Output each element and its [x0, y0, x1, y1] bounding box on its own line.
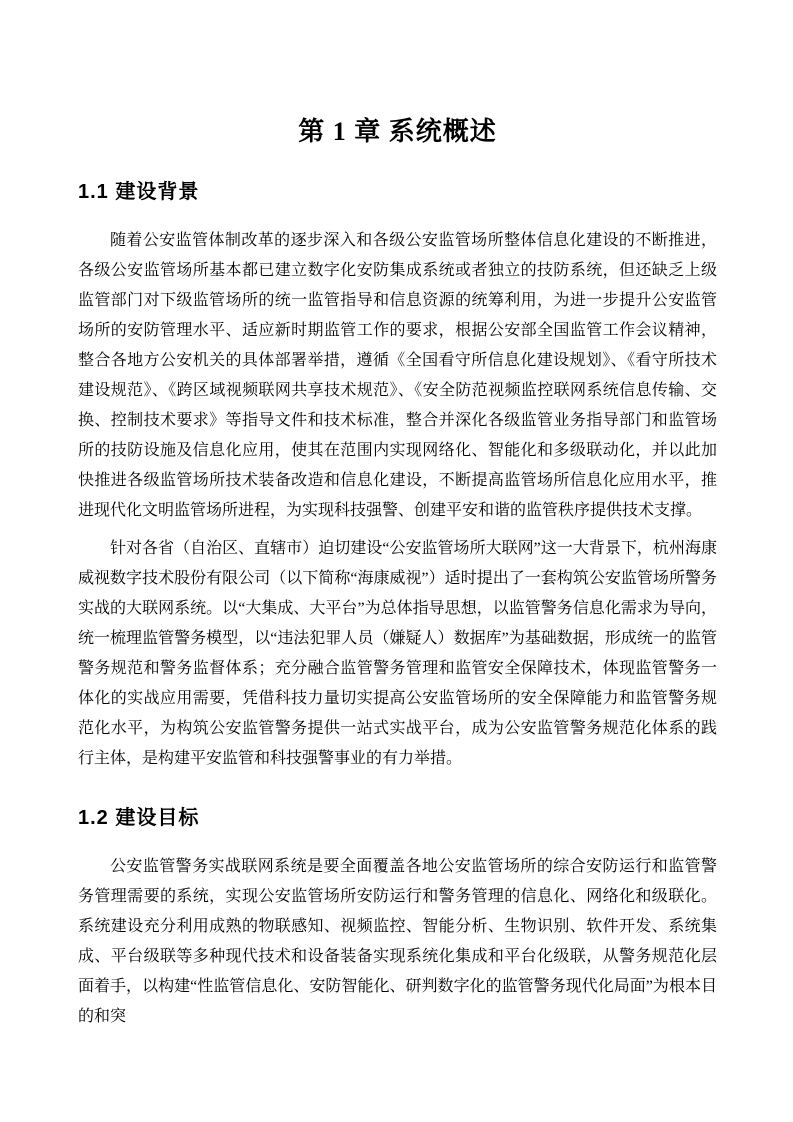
chapter-title: 第 1 章 系统概述: [78, 114, 717, 150]
section-heading-1-1: 1.1 建设背景: [78, 178, 717, 206]
section-1-2-paragraph-1: 公安监管警务实战联网系统是要全面覆盖各地公安监管场所的综合安防运行和监管警务管理…: [78, 852, 717, 1032]
section-1-1-paragraph-2: 针对各省（自治区、直辖市）迫切建设“公安监管场所大联网”这一大背景下，杭州海康威…: [78, 534, 717, 774]
section-heading-1-2: 1.2 建设目标: [78, 804, 717, 832]
document-page: 第 1 章 系统概述 1.1 建设背景 随着公安监管体制改革的逐步深入和各级公安…: [0, 0, 793, 1122]
section-1-1-paragraph-1: 随着公安监管体制改革的逐步深入和各级公安监管场所整体信息化建设的不断推进，各级公…: [78, 226, 717, 526]
